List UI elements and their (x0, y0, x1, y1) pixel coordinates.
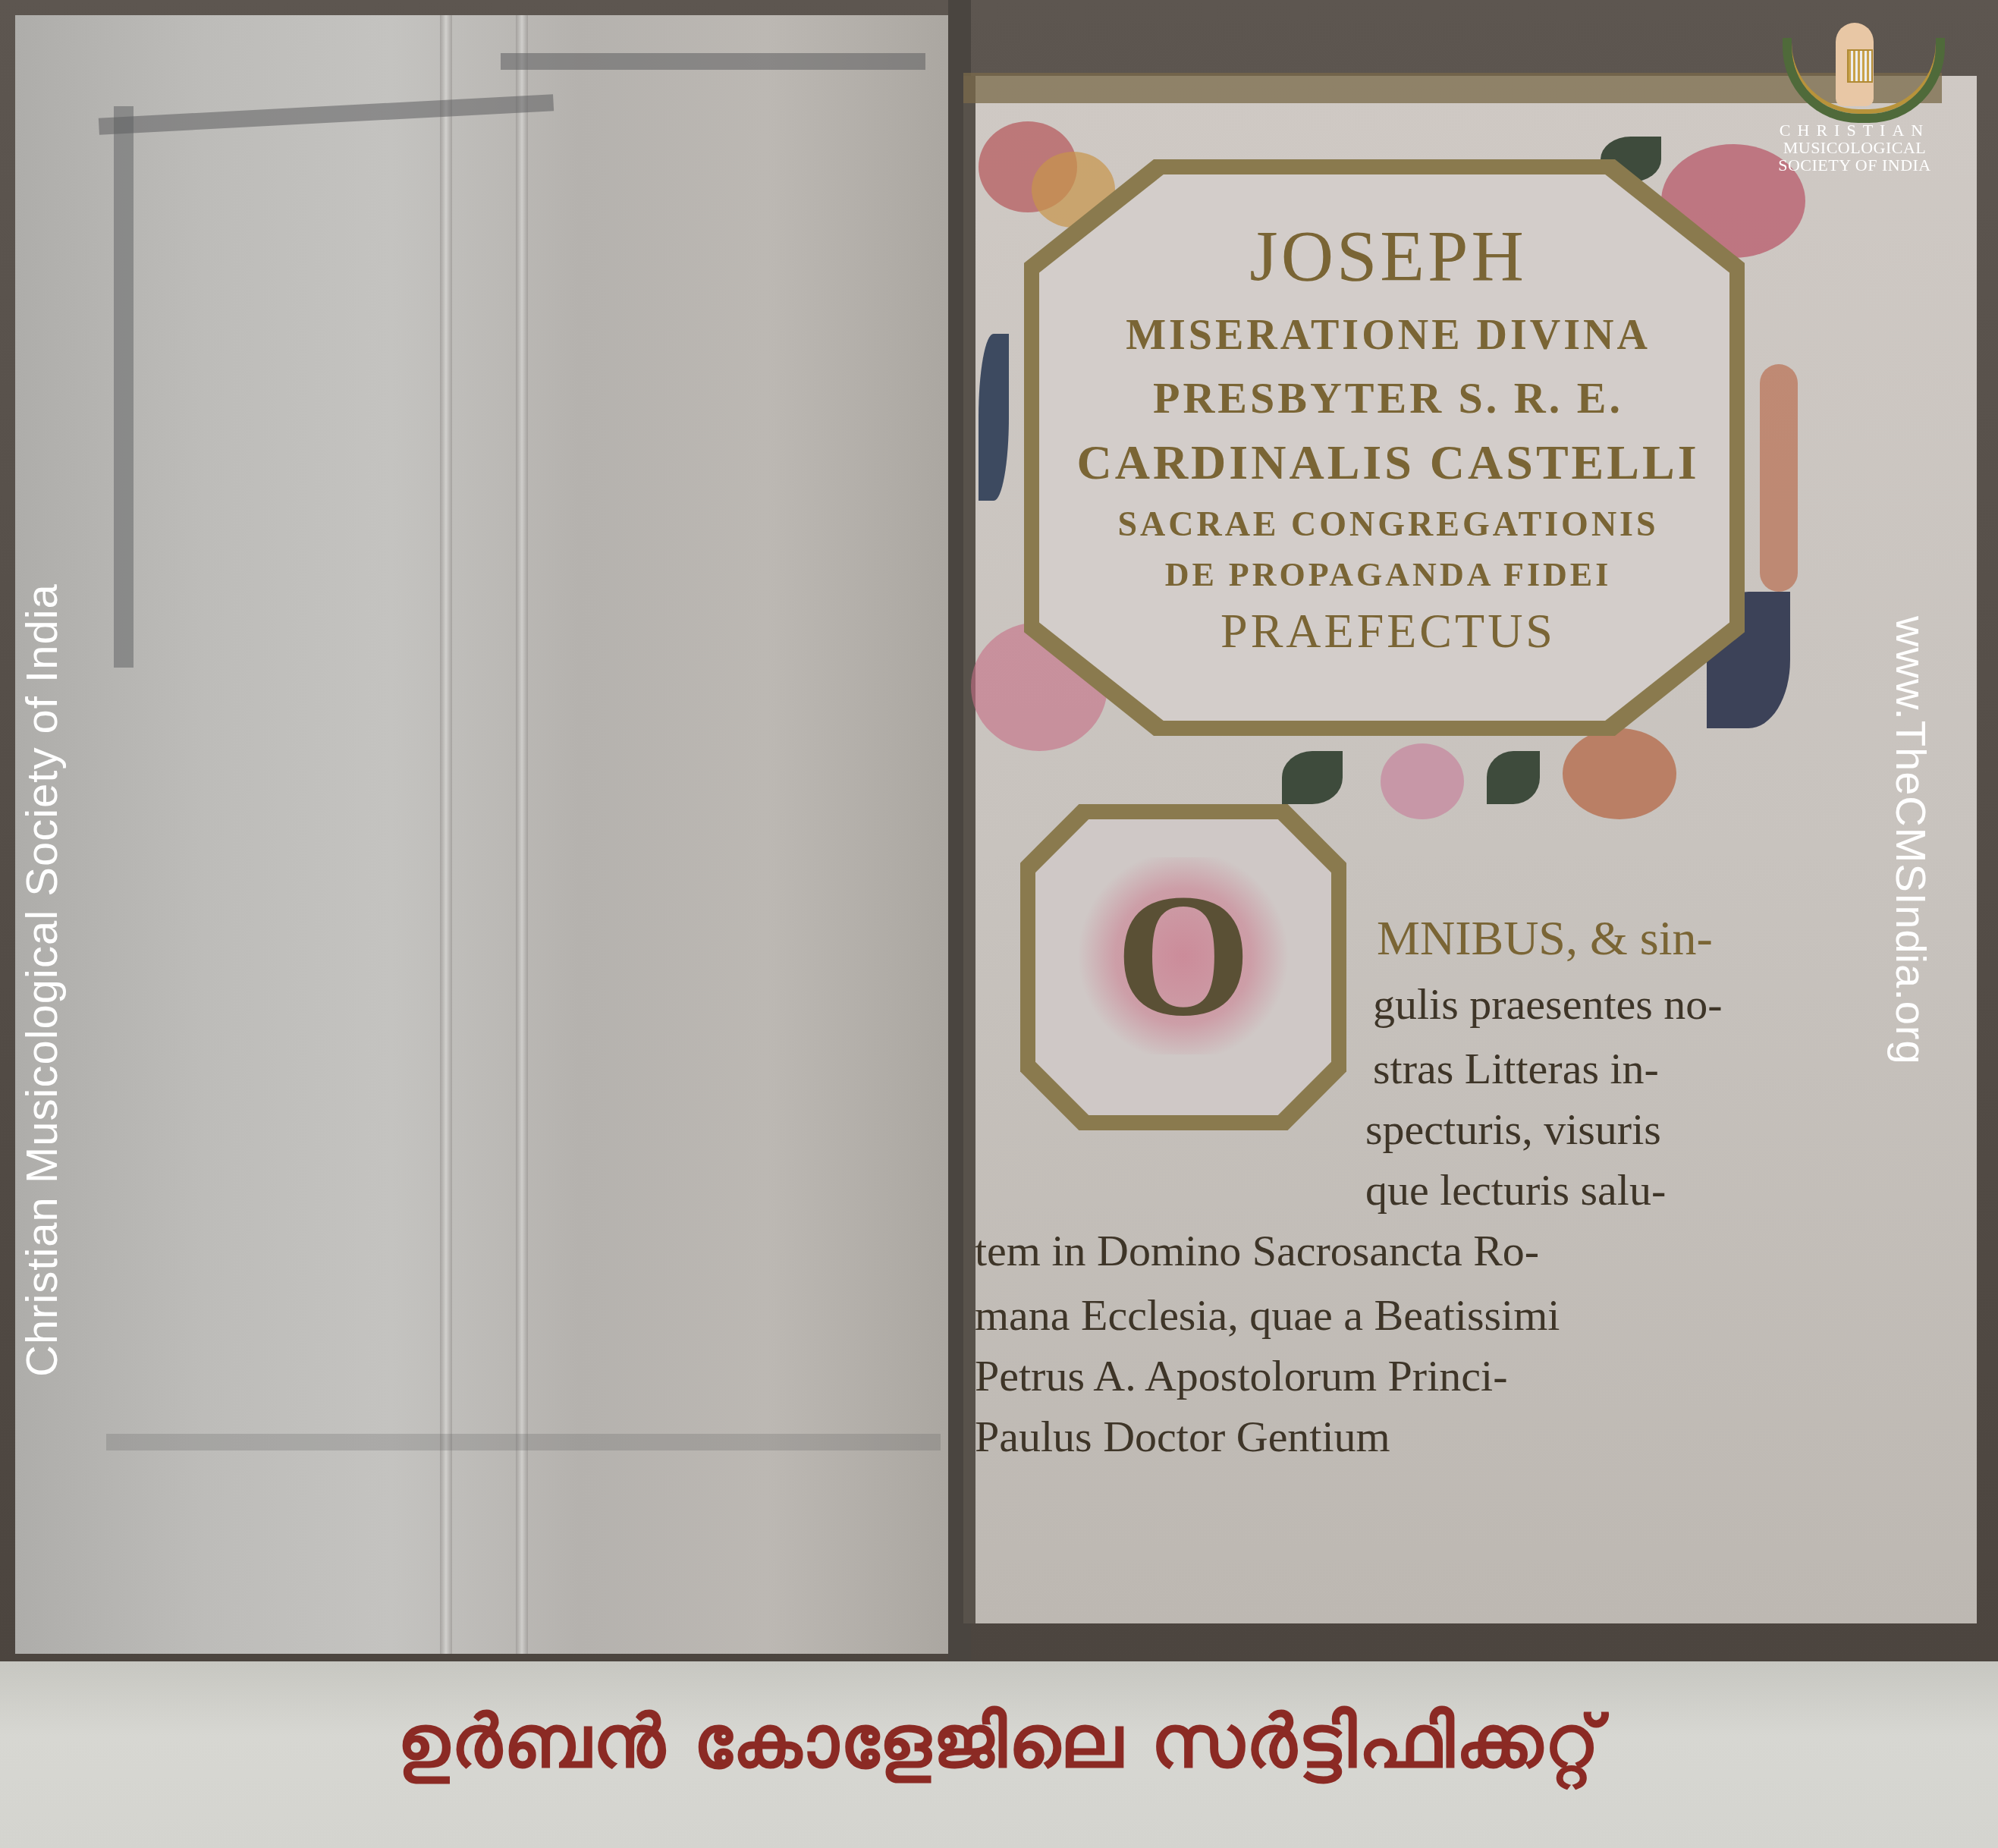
certificate-heading: JOSEPH MISERATIONE DIVINA PRESBYTER S. R… (1047, 205, 1729, 655)
body-line: Petrus A. Apostolorum Princi- (975, 1350, 1507, 1401)
heading-line: PRESBYTER S. R. E. (1047, 376, 1729, 420)
fold-line (440, 15, 452, 1654)
initial-letter: O (1092, 865, 1274, 1047)
leaf-decoration (1282, 751, 1343, 804)
logo-line-1: CHRISTIAN (1760, 121, 1949, 139)
flower-decoration (1563, 728, 1676, 819)
fold-line (516, 15, 528, 1654)
cover-stripe (106, 1434, 941, 1450)
cover-stripe (99, 94, 554, 134)
body-line: que lecturis salu- (1365, 1164, 1666, 1215)
heading-line: CARDINALIS CASTELLI (1047, 438, 1729, 487)
leaf-decoration (1487, 751, 1540, 804)
body-line: tem in Domino Sacrosancta Ro- (975, 1225, 1539, 1276)
flower-decoration (1381, 743, 1464, 819)
cover-stripe (501, 53, 925, 70)
body-line: stras Litteras in- (1373, 1043, 1659, 1094)
body-line: gulis praesentes no- (1373, 979, 1723, 1029)
leaf-decoration (979, 334, 1009, 501)
body-line: MNIBUS, & sin- (1377, 910, 1713, 966)
heading-line: PRAEFECTUS (1047, 607, 1729, 655)
cmsi-logo: CHRISTIAN MUSICOLOGICAL SOCIETY OF INDIA (1760, 15, 1949, 174)
logo-line-3: SOCIETY OF INDIA (1760, 156, 1949, 174)
body-line: Paulus Doctor Gentium (975, 1411, 1390, 1462)
watermark-society-name: Christian Musicological Society of India (17, 583, 68, 1377)
malayalam-caption: ഉർബൻ കോളേജിലെ സർട്ടിഫിക്കറ്റ് (0, 1699, 1998, 1786)
logo-text: CHRISTIAN MUSICOLOGICAL SOCIETY OF INDIA (1760, 121, 1949, 174)
watermark-website-url: www.TheCMSIndia.org (1886, 616, 1936, 1065)
manuscript-photo: JOSEPH MISERATIONE DIVINA PRESBYTER S. R… (0, 0, 1998, 1661)
heading-line: DE PROPAGANDA FIDEI (1047, 558, 1729, 592)
flower-garland (1760, 364, 1798, 592)
body-line: specturis, visuris (1365, 1104, 1661, 1155)
cover-stripe (114, 106, 134, 668)
heading-line: MISERATIONE DIVINA (1047, 314, 1729, 357)
folded-paper-cover (15, 15, 956, 1654)
angel-with-harp-icon (1775, 15, 1934, 121)
heading-line: SACRAE CONGREGATIONIS (1047, 507, 1729, 542)
body-line: mana Ecclesia, quae a Beatissimi (975, 1290, 1560, 1340)
heading-line: JOSEPH (1047, 220, 1729, 293)
logo-line-2: MUSICOLOGICAL (1760, 139, 1949, 156)
